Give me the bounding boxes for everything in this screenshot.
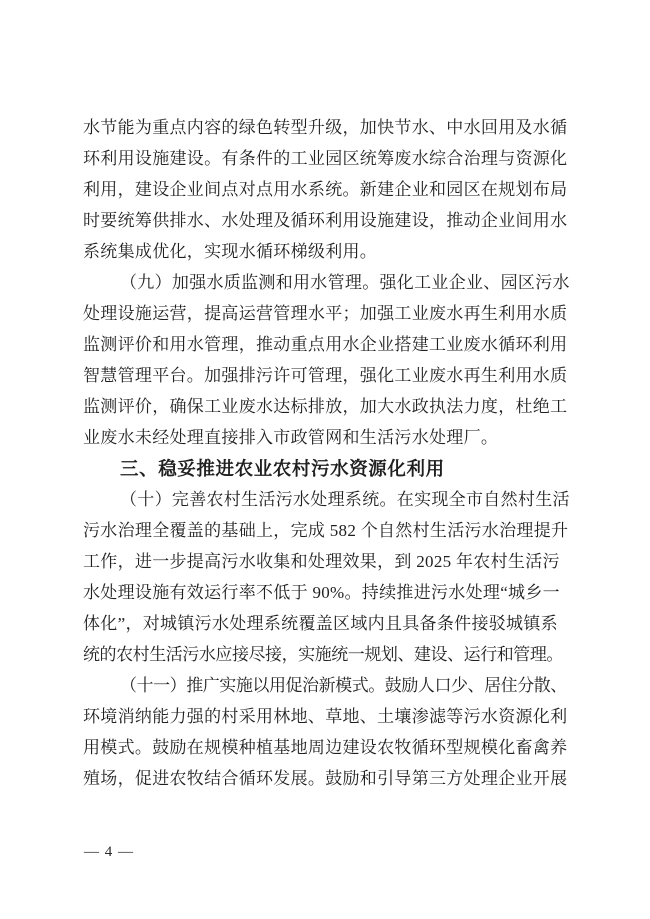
text-line: 智慧管理平台。加强排污许可管理，强化工业废水再生利用水质: [83, 360, 570, 391]
text-line: 工作，进一步提高污水收集和处理效果，到 2025 年农村生活污: [83, 546, 570, 577]
text-line: 环境消纳能力强的村采用林地、草地、土壤渗滤等污水资源化利: [83, 701, 570, 732]
text-line: 监测评价和用水管理，推动重点用水企业搭建工业废水循环利用: [83, 329, 570, 360]
text-line: 水节能为重点内容的绿色转型升级，加快节水、中水回用及水循: [83, 112, 570, 143]
text-line: （十一）推广实施以用促治新模式。鼓励人口少、居住分散、: [83, 670, 570, 701]
text-line: （十）完善农村生活污水处理系统。在实现全市自然村生活: [83, 484, 570, 515]
section-heading: 三、稳妥推进农业农村污水资源化利用: [83, 453, 570, 484]
text-line: 时要统筹供排水、水处理及循环利用设施建设，推动企业间用水: [83, 205, 570, 236]
text-line: 监测评价，确保工业废水达标排放，加大水政执法力度，杜绝工: [83, 391, 570, 422]
text-line: 水处理设施有效运行率不低于 90%。持续推进污水处理“城乡一: [83, 577, 570, 608]
text-line: 殖场，促进农牧结合循环发展。鼓励和引导第三方处理企业开展: [83, 763, 570, 794]
page-number: — 4 —: [84, 843, 134, 861]
text-line: 系统集成优化，实现水循环梯级利用。: [83, 236, 570, 267]
text-line: 业废水未经处理直接排入市政管网和生活污水处理厂。: [83, 422, 570, 453]
text-line: 环利用设施建设。有条件的工业园区统筹废水综合治理与资源化: [83, 143, 570, 174]
text-line: （九）加强水质监测和用水管理。强化工业企业、园区污水: [83, 267, 570, 298]
text-line: 用模式。鼓励在规模种植基地周边建设农牧循环型规模化畜禽养: [83, 732, 570, 763]
text-line: 利用，建设企业间点对点用水系统。新建企业和园区在规划布局: [83, 174, 570, 205]
document-page: 水节能为重点内容的绿色转型升级，加快节水、中水回用及水循环利用设施建设。有条件的…: [0, 0, 650, 919]
text-line: 处理设施运营，提高运营管理水平；加强工业废水再生利用水质: [83, 298, 570, 329]
text-block: 水节能为重点内容的绿色转型升级，加快节水、中水回用及水循环利用设施建设。有条件的…: [83, 112, 570, 794]
text-line: 污水治理全覆盖的基础上，完成 582 个自然村生活污水治理提升: [83, 515, 570, 546]
text-line: 统的农村生活污水应接尽接，实施统一规划、建设、运行和管理。: [83, 639, 570, 670]
text-line: 体化”，对城镇污水处理系统覆盖区域内且具备条件接驳城镇系: [83, 608, 570, 639]
